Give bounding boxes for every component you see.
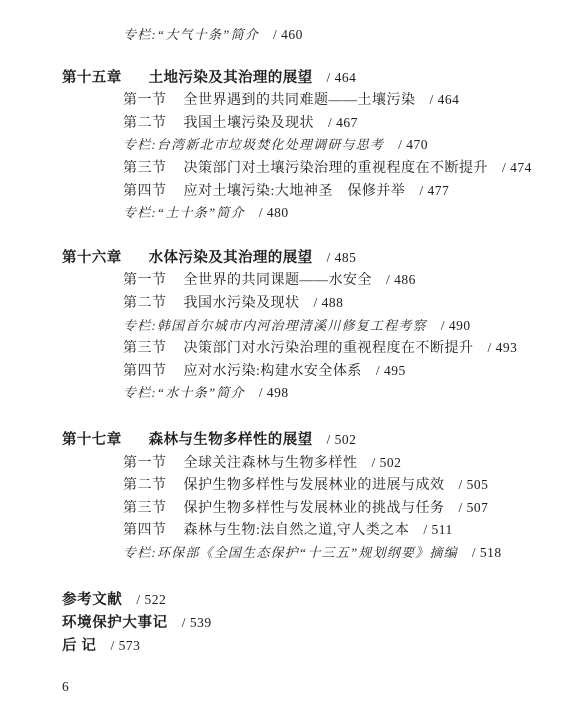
toc-section-entry: 第三节决策部门对土壤污染治理的重视程度在不断提升/ 474 [123,157,568,180]
toc-column-entry: 专栏:“水十条”简介/ 498 [123,382,568,405]
section-number: 第三节 [123,501,167,516]
toc-section-entry: 第一节全世界的共同课题——水安全/ 486 [123,269,568,292]
toc-backmatter-entry: 参考文献/ 522 [62,589,568,612]
entry-page-ref: / 507 [459,500,489,515]
entry-page-ref: / 480 [259,205,289,220]
toc-section-entry: 第二节我国水污染及现状/ 488 [123,292,568,315]
entry-title: 专栏:“水十条”简介 [123,385,245,400]
entry-title: 土地污染及其治理的展望 [149,70,313,86]
section-number: 第一节 [123,93,167,108]
entry-page-ref: / 539 [182,615,212,630]
entry-title: 后 记 [62,638,96,654]
section-number: 第二节 [123,478,167,493]
toc-backmatter-entry: 后 记/ 573 [62,635,568,658]
section-number: 第二节 [123,116,167,131]
entry-page-ref: / 488 [314,295,344,310]
toc-book-page: 专栏:“大气十条”简介/ 460 第十五章土地污染及其治理的展望/ 464 第一… [0,0,568,715]
entry-title: 参考文献 [62,592,122,608]
entry-title: 专栏:韩国首尔城市内河治理清溪川修复工程考察 [123,318,427,333]
entry-title: 全球关注森林与生物多样性 [184,456,358,471]
toc-column-entry: 专栏:“大气十条”简介/ 460 [123,24,568,47]
toc-section-entry: 第三节保护生物多样性与发展林业的挑战与任务/ 507 [123,497,568,520]
section-number: 第四节 [123,523,167,538]
entry-title: 决策部门对水污染治理的重视程度在不断提升 [184,341,474,356]
entry-title: 保护生物多样性与发展林业的挑战与任务 [184,501,445,516]
entry-title: 决策部门对土壤污染治理的重视程度在不断提升 [184,161,489,176]
entry-title: 专栏:环保部《全国生态保护“十三五”规划纲要》摘编 [123,545,458,560]
entry-title: 全世界遇到的共同难题——土壤污染 [184,93,416,108]
entry-title: 应对土壤污染:大地神圣 保修并举 [184,184,406,199]
entry-title: 森林与生物:法自然之道,守人类之本 [184,523,410,538]
toc-section-entry: 第二节我国土壤污染及现状/ 467 [123,112,568,135]
entry-page-ref: / 502 [372,455,402,470]
entry-page-ref: / 573 [110,638,140,653]
entry-title: 应对水污染:构建水安全体系 [184,364,362,379]
section-number: 第一节 [123,456,167,471]
toc-column-entry: 专栏:台湾新北市垃圾焚化处理调研与思考/ 470 [123,134,568,157]
entry-page-ref: / 460 [273,27,303,42]
entry-page-ref: / 464 [327,70,357,85]
chapter-number: 第十五章 [62,70,122,86]
toc-chapter-entry: 第十六章水体污染及其治理的展望/ 485 [62,247,568,270]
section-number: 第一节 [123,273,167,288]
toc-section-entry: 第四节森林与生物:法自然之道,守人类之本/ 511 [123,519,568,542]
toc-section-entry: 第四节应对水污染:构建水安全体系/ 495 [123,360,568,383]
chapter-number: 第十六章 [62,250,122,266]
page-number: 6 [62,679,568,695]
section-number: 第二节 [123,296,167,311]
toc-section-entry: 第一节全球关注森林与生物多样性/ 502 [123,452,568,475]
entry-page-ref: / 490 [441,318,471,333]
toc-section-entry: 第二节保护生物多样性与发展林业的进展与成效/ 505 [123,474,568,497]
entry-title: 环境保护大事记 [62,615,168,631]
section-number: 第四节 [123,184,167,199]
entry-title: 专栏:“土十条”简介 [123,205,245,220]
entry-page-ref: / 464 [430,92,460,107]
entry-title: 我国土壤污染及现状 [184,116,315,131]
entry-page-ref: / 485 [327,250,357,265]
entry-title: 森林与生物多样性的展望 [149,432,313,448]
toc-backmatter-entry: 环境保护大事记/ 539 [62,612,568,635]
entry-page-ref: / 502 [327,432,357,447]
entry-page-ref: / 495 [376,363,406,378]
section-number: 第三节 [123,161,167,176]
entry-page-ref: / 511 [423,522,452,537]
entry-title: 全世界的共同课题——水安全 [184,273,373,288]
entry-page-ref: / 474 [502,160,532,175]
toc-chapter-entry: 第十七章森林与生物多样性的展望/ 502 [62,429,568,452]
toc-column-entry: 专栏:环保部《全国生态保护“十三五”规划纲要》摘编/ 518 [123,542,568,565]
entry-title: 水体污染及其治理的展望 [149,250,313,266]
entry-page-ref: / 467 [328,115,358,130]
toc-chapter-entry: 第十五章土地污染及其治理的展望/ 464 [62,67,568,90]
toc-column-entry: 专栏:韩国首尔城市内河治理清溪川修复工程考察/ 490 [123,315,568,338]
entry-page-ref: / 493 [488,340,518,355]
entry-title: 保护生物多样性与发展林业的进展与成效 [184,478,445,493]
entry-page-ref: / 505 [459,477,489,492]
section-number: 第四节 [123,364,167,379]
toc-section-entry: 第一节全世界遇到的共同难题——土壤污染/ 464 [123,89,568,112]
entry-page-ref: / 477 [419,183,449,198]
entry-page-ref: / 498 [259,385,289,400]
toc-column-entry: 专栏:“土十条”简介/ 480 [123,202,568,225]
entry-title: 专栏:“大气十条”简介 [123,27,259,42]
toc-section-entry: 第四节应对土壤污染:大地神圣 保修并举/ 477 [123,180,568,203]
toc-section-entry: 第三节决策部门对水污染治理的重视程度在不断提升/ 493 [123,337,568,360]
section-number: 第三节 [123,341,167,356]
entry-page-ref: / 486 [386,272,416,287]
entry-page-ref: / 522 [136,592,166,607]
entry-page-ref: / 470 [398,137,428,152]
entry-title: 专栏:台湾新北市垃圾焚化处理调研与思考 [123,137,384,152]
entry-title: 我国水污染及现状 [184,296,300,311]
entry-page-ref: / 518 [472,545,502,560]
chapter-number: 第十七章 [62,432,122,448]
